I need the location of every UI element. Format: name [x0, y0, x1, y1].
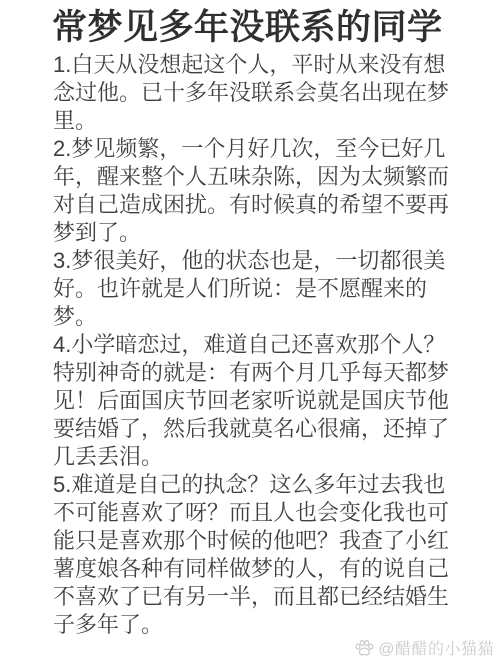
post-title: 常梦见多年没联系的同学	[0, 0, 500, 50]
post-body: 1.白天从没想起这个人，平时从来没有想念过他。已十多年没联系会莫名出现在梦里。 …	[0, 50, 500, 639]
paw-icon	[354, 639, 374, 657]
post-paragraph-4: 4.小学暗恋过，难道自己还喜欢那个人？特别神奇的就是：有两个月几乎每天都梦见！后…	[53, 331, 450, 471]
post-page: 常梦见多年没联系的同学 1.白天从没想起这个人，平时从来没有想念过他。已十多年没…	[0, 0, 500, 667]
watermark: @醋醋的小猫猫	[354, 636, 494, 659]
post-paragraph-1: 1.白天从没想起这个人，平时从来没有想念过他。已十多年没联系会莫名出现在梦里。	[53, 51, 450, 135]
post-paragraph-5: 5.难道是自己的执念？这么多年过去我也不可能喜欢了呀？而且人也会变化我也可能只是…	[53, 471, 450, 639]
post-paragraph-3: 3.梦很美好，他的状态也是，一切都很美好。也许就是人们所说：是不愿醒来的梦。	[53, 247, 450, 331]
watermark-handle: @醋醋的小猫猫	[378, 636, 494, 659]
post-paragraph-2: 2.梦见频繁，一个月好几次，至今已好几年，醒来整个人五味杂陈，因为太频繁而对自己…	[53, 135, 450, 247]
